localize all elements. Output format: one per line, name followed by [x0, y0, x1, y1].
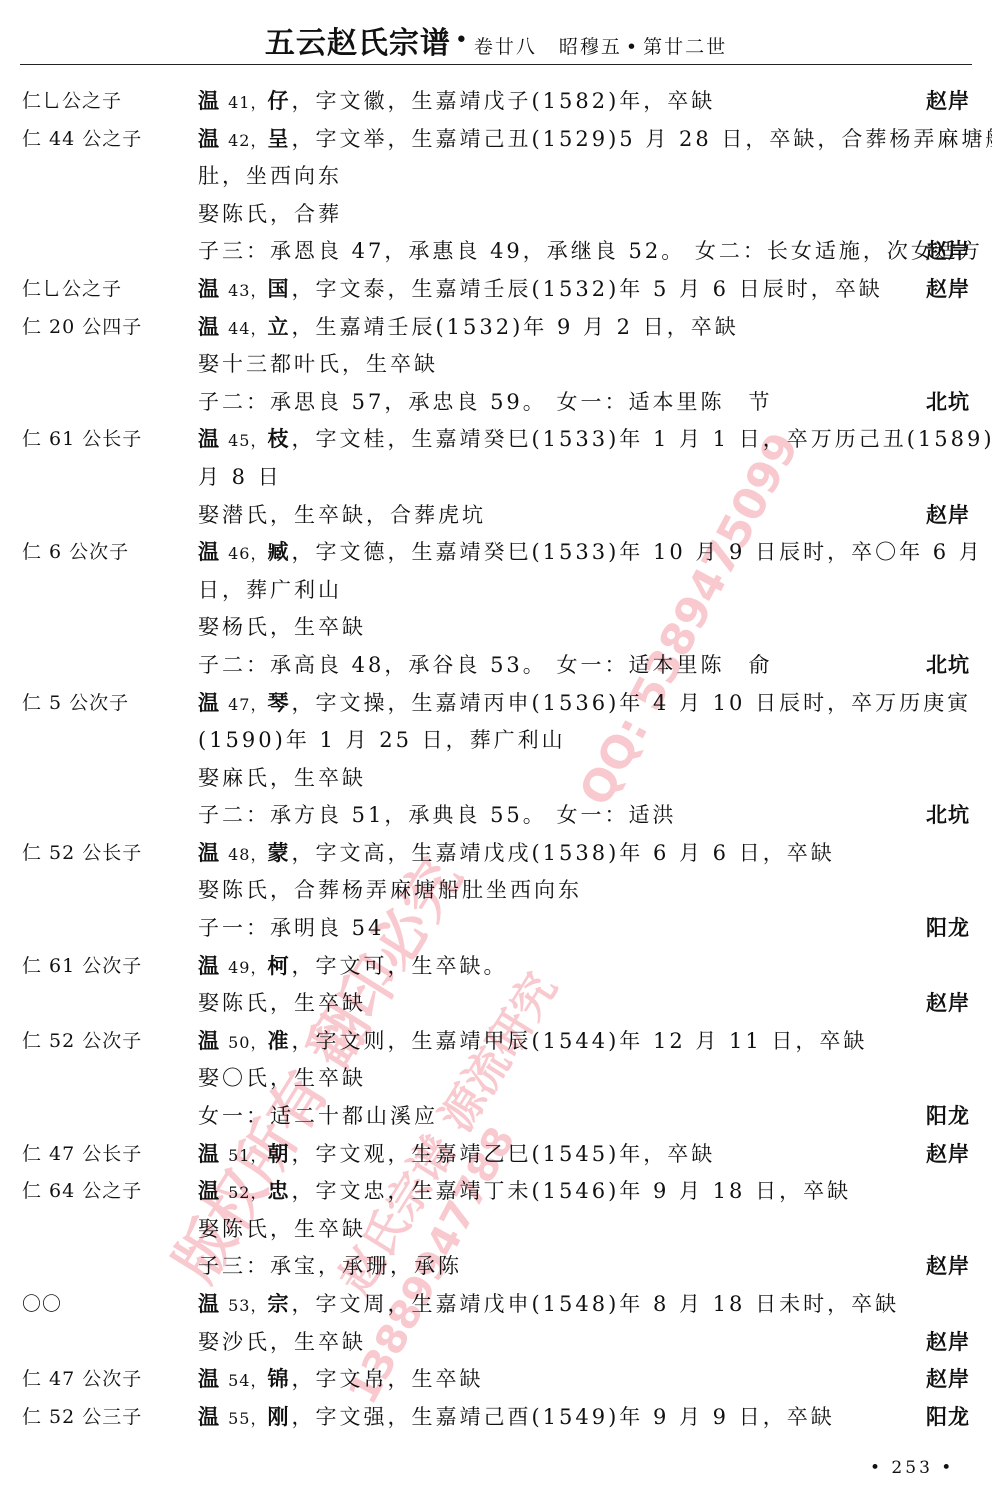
entry-continuation-row: 娶陈氏，生卒缺赵岸	[0, 985, 992, 1023]
entry-continuation-row: 娶沙氏，生卒缺赵岸	[0, 1324, 992, 1362]
member-details: 娶杨氏，生卒缺	[198, 615, 366, 639]
member-details: ，字文观，生嘉靖乙巳(1545)年，卒缺	[291, 1142, 715, 1166]
entry-row: 仁 61 公长子温 45，枝，字文桂，生嘉靖癸巳(1533)年 1 月 1 日，…	[0, 421, 992, 459]
entry-text: 娶沙氏，生卒缺	[198, 1324, 366, 1363]
member-details: ，字文桂，生嘉靖癸巳(1533)年 1 月 1 日，卒万历己丑(1589)年 8	[291, 427, 992, 451]
member-number: 55，	[222, 1409, 267, 1428]
parent-label: 仁 52 公三子	[22, 1399, 142, 1437]
entry-row: 仁 61 公次子温 49，柯，字文可，生卒缺。	[0, 948, 992, 986]
generation-char: 温	[198, 89, 222, 113]
member-details: 日，葬广利山	[198, 578, 342, 602]
entry-continuation-row: 子三：承宝，承珊，承陈赵岸	[0, 1248, 992, 1286]
generation-char: 温	[198, 1292, 222, 1316]
entry-row: 〇〇温 53，宗，字文周，生嘉靖戊申(1548)年 8 月 18 日未时，卒缺	[0, 1286, 992, 1324]
residence-place: 阳龙	[926, 1098, 970, 1136]
generation-char: 温	[198, 1405, 222, 1429]
entry-continuation-row: 娶陈氏，合葬杨弄麻塘船肚坐西向东	[0, 872, 992, 910]
entry-row: 仁 5 公次子温 47，琴，字文操，生嘉靖丙申(1536)年 4 月 10 日辰…	[0, 685, 992, 723]
member-name: 国	[267, 277, 291, 301]
generation-char: 温	[198, 427, 222, 451]
generation-char: 温	[198, 1179, 222, 1203]
entry-row: 仁 47 公长子温 51，朝，字文观，生嘉靖乙巳(1545)年，卒缺赵岸	[0, 1136, 992, 1174]
entry-text: 娶陈氏，生卒缺	[198, 1211, 366, 1250]
entry-continuation-row: 子一：承明良 54阳龙	[0, 910, 992, 948]
member-details: ，字文操，生嘉靖丙申(1536)年 4 月 10 日辰时，卒万历庚寅	[291, 691, 971, 715]
entry-continuation-row: (1590)年 1 月 25 日，葬广利山	[0, 722, 992, 760]
member-number: 49，	[222, 958, 267, 977]
member-name: 忠	[267, 1179, 291, 1203]
member-details: 娶陈氏，合葬杨弄麻塘船肚坐西向东	[198, 878, 582, 902]
entry-row: 仁 44 公之子温 42，呈，字文举，生嘉靖己丑(1529)5 月 28 日，卒…	[0, 121, 992, 159]
member-number: 45，	[222, 431, 267, 450]
header-rule	[20, 64, 972, 65]
generation-char: 温	[198, 277, 222, 301]
member-details: 娶〇氏，生卒缺	[198, 1066, 366, 1090]
volume-label: 卷廿八	[474, 36, 537, 58]
entry-text: 温 48，蒙，字文高，生嘉靖戊戌(1538)年 6 月 6 日，卒缺	[198, 835, 835, 874]
generation-char: 温	[198, 1367, 222, 1391]
member-name: 柯	[267, 954, 291, 978]
header-separator: •	[455, 28, 468, 53]
member-details: 娶陈氏，生卒缺	[198, 991, 366, 1015]
entry-text: (1590)年 1 月 25 日，葬广利山	[198, 722, 566, 761]
entry-text: 娶潜氏，生卒缺，合葬虎坑	[198, 497, 486, 536]
member-details: 子三：承恩良 47，承惠良 49，承继良 52。 女二：长女适施，次女适方	[198, 239, 983, 263]
member-name: 臧	[267, 540, 291, 564]
entry-continuation-row: 女一：适二十都山溪应阳龙	[0, 1098, 992, 1136]
entry-continuation-row: 娶麻氏，生卒缺	[0, 760, 992, 798]
entry-text: 子三：承宝，承珊，承陈	[198, 1248, 462, 1287]
member-details: 子三：承宝，承珊，承陈	[198, 1254, 462, 1278]
entry-text: 温 51，朝，字文观，生嘉靖乙巳(1545)年，卒缺	[198, 1136, 715, 1175]
member-details: ，字文可，生卒缺。	[291, 954, 507, 978]
member-details: (1590)年 1 月 25 日，葬广利山	[198, 728, 566, 752]
entry-continuation-row: 娶陈氏，合葬	[0, 196, 992, 234]
entry-text: 温 55，刚，字文强，生嘉靖己酉(1549)年 9 月 9 日，卒缺	[198, 1399, 835, 1438]
member-name: 锦	[267, 1367, 291, 1391]
member-details: 肚，坐西向东	[198, 164, 342, 188]
member-details: 娶陈氏，合葬	[198, 202, 342, 226]
residence-place: 赵岸	[926, 1136, 970, 1174]
entry-continuation-row: 子二：承思良 57，承忠良 59。 女一：适本里陈 节北坑	[0, 384, 992, 422]
section-label: 昭穆五	[559, 36, 622, 58]
parent-label: 仁 61 公长子	[22, 421, 142, 459]
member-details: 娶麻氏，生卒缺	[198, 766, 366, 790]
member-name: 琴	[267, 691, 291, 715]
parent-label: 仁 20 公四子	[22, 309, 142, 347]
member-number: 44，	[222, 319, 267, 338]
member-details: 娶陈氏，生卒缺	[198, 1217, 366, 1241]
member-number: 46，	[222, 544, 267, 563]
member-details: ，字文德，生嘉靖癸巳(1533)年 10 月 9 日辰时，卒〇年 6 月 1	[291, 540, 992, 564]
entry-text: 日，葬广利山	[198, 572, 342, 611]
entry-continuation-row: 娶潜氏，生卒缺，合葬虎坑赵岸	[0, 497, 992, 535]
member-details: ，字文徽，生嘉靖戊子(1582)年，卒缺	[291, 89, 715, 113]
residence-place: 北坑	[926, 647, 970, 685]
entry-row: 仁乚公之子温 43，国，字文泰，生嘉靖壬辰(1532)年 5 月 6 日辰时，卒…	[0, 271, 992, 309]
entry-continuation-row: 肚，坐西向东	[0, 158, 992, 196]
entry-continuation-row: 娶陈氏，生卒缺	[0, 1211, 992, 1249]
member-number: 48，	[222, 845, 267, 864]
entry-text: 子二：承方良 51，承典良 55。 女一：适洪	[198, 797, 676, 836]
member-name: 仔	[267, 89, 291, 113]
entry-row: 仁 52 公三子温 55，刚，字文强，生嘉靖己酉(1549)年 9 月 9 日，…	[0, 1399, 992, 1437]
member-details: ，字文忠，生嘉靖丁未(1546)年 9 月 18 日，卒缺	[291, 1179, 851, 1203]
generation-char: 温	[198, 1142, 222, 1166]
member-name: 呈	[267, 127, 291, 151]
member-number: 41，	[222, 93, 267, 112]
entry-text: 娶〇氏，生卒缺	[198, 1060, 366, 1099]
entry-continuation-row: 子二：承高良 48，承谷良 53。 女一：适本里陈 俞北坑	[0, 647, 992, 685]
member-details: 子二：承思良 57，承忠良 59。 女一：适本里陈 节	[198, 390, 772, 414]
entry-text: 温 47，琴，字文操，生嘉靖丙申(1536)年 4 月 10 日辰时，卒万历庚寅	[198, 685, 971, 724]
member-name: 宗	[267, 1292, 291, 1316]
member-number: 51，	[222, 1146, 267, 1165]
residence-place: 赵岸	[926, 1248, 970, 1286]
member-details: ，字文高，生嘉靖戊戌(1538)年 6 月 6 日，卒缺	[291, 841, 834, 865]
member-number: 54，	[222, 1371, 267, 1390]
residence-place: 阳龙	[926, 910, 970, 948]
entry-text: 子一：承明良 54	[198, 910, 384, 949]
member-details: 子二：承方良 51，承典良 55。 女一：适洪	[198, 803, 676, 827]
member-name: 刚	[267, 1405, 291, 1429]
parent-label: 〇〇	[22, 1286, 62, 1324]
entry-text: 子二：承高良 48，承谷良 53。 女一：适本里陈 俞	[198, 647, 772, 686]
member-details: 子一：承明良 54	[198, 916, 384, 940]
member-details: 娶潜氏，生卒缺，合葬虎坑	[198, 503, 486, 527]
entry-text: 温 44，立，生嘉靖壬辰(1532)年 9 月 2 日，卒缺	[198, 309, 739, 348]
parent-label: 仁 61 公次子	[22, 948, 142, 986]
generation-char: 温	[198, 315, 222, 339]
parent-label: 仁乚公之子	[22, 83, 122, 121]
member-details: 娶沙氏，生卒缺	[198, 1330, 366, 1354]
entry-text: 温 53，宗，字文周，生嘉靖戊申(1548)年 8 月 18 日未时，卒缺	[198, 1286, 899, 1325]
residence-place: 北坑	[926, 797, 970, 835]
generation-char: 温	[198, 841, 222, 865]
entry-text: 温 41，仔，字文徽，生嘉靖戊子(1582)年，卒缺	[198, 83, 715, 122]
member-details: ，字文强，生嘉靖己酉(1549)年 9 月 9 日，卒缺	[291, 1405, 834, 1429]
member-name: 朝	[267, 1142, 291, 1166]
entry-text: 子二：承思良 57，承忠良 59。 女一：适本里陈 节	[198, 384, 772, 423]
member-details: 娶十三都叶氏，生卒缺	[198, 352, 438, 376]
entry-text: 肚，坐西向东	[198, 158, 342, 197]
parent-label: 仁 47 公次子	[22, 1361, 142, 1399]
entry-text: 娶麻氏，生卒缺	[198, 760, 366, 799]
entry-text: 娶杨氏，生卒缺	[198, 609, 366, 648]
entry-row: 仁 52 公次子温 50，准，字文则，生嘉靖甲辰(1544)年 12 月 11 …	[0, 1023, 992, 1061]
entry-row: 仁乚公之子温 41，仔，字文徽，生嘉靖戊子(1582)年，卒缺赵岸	[0, 83, 992, 121]
entry-continuation-row: 娶十三都叶氏，生卒缺	[0, 346, 992, 384]
entry-text: 温 50，准，字文则，生嘉靖甲辰(1544)年 12 月 11 日，卒缺	[198, 1023, 867, 1062]
entry-text: 子三：承恩良 47，承惠良 49，承继良 52。 女二：长女适施，次女适方	[198, 233, 983, 272]
residence-place: 赵岸	[926, 271, 970, 309]
parent-label: 仁 47 公长子	[22, 1136, 142, 1174]
entry-text: 温 49，柯，字文可，生卒缺。	[198, 948, 507, 987]
member-details: ，字文则，生嘉靖甲辰(1544)年 12 月 11 日，卒缺	[291, 1029, 867, 1053]
entry-row: 仁 47 公次子温 54，锦，字文帛，生卒缺赵岸	[0, 1361, 992, 1399]
generation-char: 温	[198, 127, 222, 151]
residence-place: 赵岸	[926, 985, 970, 1023]
parent-label: 仁 64 公之子	[22, 1173, 142, 1211]
entry-text: 娶十三都叶氏，生卒缺	[198, 346, 438, 385]
entry-text: 温 54，锦，字文帛，生卒缺	[198, 1361, 483, 1400]
entry-continuation-row: 子三：承恩良 47，承惠良 49，承继良 52。 女二：长女适施，次女适方赵岸	[0, 233, 992, 271]
residence-place: 赵岸	[926, 1324, 970, 1362]
entry-text: 娶陈氏，生卒缺	[198, 985, 366, 1024]
entry-text: 娶陈氏，合葬杨弄麻塘船肚坐西向东	[198, 872, 582, 911]
page-header: 五云赵氏宗谱•卷廿八昭穆五•第廿二世	[0, 18, 992, 62]
member-name: 立	[267, 315, 291, 339]
entry-continuation-row: 月 8 日	[0, 459, 992, 497]
entry-row: 仁 64 公之子温 52，忠，字文忠，生嘉靖丁未(1546)年 9 月 18 日…	[0, 1173, 992, 1211]
parent-label: 仁 44 公之子	[22, 121, 142, 159]
member-details: 子二：承高良 48，承谷良 53。 女一：适本里陈 俞	[198, 653, 772, 677]
residence-place: 北坑	[926, 384, 970, 422]
member-name: 枝	[267, 427, 291, 451]
entry-text: 温 45，枝，字文桂，生嘉靖癸巳(1533)年 1 月 1 日，卒万历己丑(15…	[198, 421, 992, 460]
entry-text: 温 46，臧，字文德，生嘉靖癸巳(1533)年 10 月 9 日辰时，卒〇年 6…	[198, 534, 992, 573]
book-title: 五云赵氏宗谱	[265, 26, 451, 61]
member-details: ，字文泰，生嘉靖壬辰(1532)年 5 月 6 日辰时，卒缺	[291, 277, 882, 301]
residence-place: 赵岸	[926, 233, 970, 271]
parent-label: 仁乚公之子	[22, 271, 122, 309]
parent-label: 仁 6 公次子	[22, 534, 129, 572]
member-number: 42，	[222, 131, 267, 150]
member-details: 女一：适二十都山溪应	[198, 1104, 438, 1128]
entry-row: 仁 20 公四子温 44，立，生嘉靖壬辰(1532)年 9 月 2 日，卒缺	[0, 309, 992, 347]
genealogy-entries: 仁乚公之子温 41，仔，字文徽，生嘉靖戊子(1582)年，卒缺赵岸仁 44 公之…	[0, 83, 992, 1436]
member-details: ，字文举，生嘉靖己丑(1529)5 月 28 日，卒缺，合葬杨弄麻塘船	[291, 127, 992, 151]
member-details: ，字文帛，生卒缺	[291, 1367, 483, 1391]
generation-char: 温	[198, 1029, 222, 1053]
residence-place: 赵岸	[926, 1361, 970, 1399]
residence-place: 赵岸	[926, 497, 970, 535]
entry-text: 温 42，呈，字文举，生嘉靖己丑(1529)5 月 28 日，卒缺，合葬杨弄麻塘…	[198, 121, 992, 160]
residence-place: 赵岸	[926, 83, 970, 121]
entry-continuation-row: 子二：承方良 51，承典良 55。 女一：适洪北坑	[0, 797, 992, 835]
member-details: ，生嘉靖壬辰(1532)年 9 月 2 日，卒缺	[291, 315, 738, 339]
generation-char: 温	[198, 540, 222, 564]
residence-place: 阳龙	[926, 1399, 970, 1437]
entry-text: 温 52，忠，字文忠，生嘉靖丁未(1546)年 9 月 18 日，卒缺	[198, 1173, 851, 1212]
parent-label: 仁 52 公长子	[22, 835, 142, 873]
member-name: 蒙	[267, 841, 291, 865]
entry-continuation-row: 日，葬广利山	[0, 572, 992, 610]
entry-row: 仁 6 公次子温 46，臧，字文德，生嘉靖癸巳(1533)年 10 月 9 日辰…	[0, 534, 992, 572]
member-details: 月 8 日	[198, 465, 282, 489]
entry-continuation-row: 娶〇氏，生卒缺	[0, 1060, 992, 1098]
header-separator-2: •	[626, 36, 639, 58]
entry-text: 女一：适二十都山溪应	[198, 1098, 438, 1137]
member-number: 43，	[222, 281, 267, 300]
entry-text: 月 8 日	[198, 459, 282, 498]
entry-text: 娶陈氏，合葬	[198, 196, 342, 235]
member-details: ，字文周，生嘉靖戊申(1548)年 8 月 18 日未时，卒缺	[291, 1292, 899, 1316]
member-number: 50，	[222, 1033, 267, 1052]
parent-label: 仁 5 公次子	[22, 685, 129, 723]
member-number: 52，	[222, 1183, 267, 1202]
generation-label: 第廿二世	[643, 36, 727, 58]
parent-label: 仁 52 公次子	[22, 1023, 142, 1061]
generation-char: 温	[198, 954, 222, 978]
member-number: 53，	[222, 1296, 267, 1315]
entry-text: 温 43，国，字文泰，生嘉靖壬辰(1532)年 5 月 6 日辰时，卒缺	[198, 271, 883, 310]
page-number: • 253 •	[870, 1458, 954, 1478]
entry-row: 仁 52 公长子温 48，蒙，字文高，生嘉靖戊戌(1538)年 6 月 6 日，…	[0, 835, 992, 873]
entry-continuation-row: 娶杨氏，生卒缺	[0, 609, 992, 647]
member-name: 准	[267, 1029, 291, 1053]
generation-char: 温	[198, 691, 222, 715]
member-number: 47，	[222, 695, 267, 714]
